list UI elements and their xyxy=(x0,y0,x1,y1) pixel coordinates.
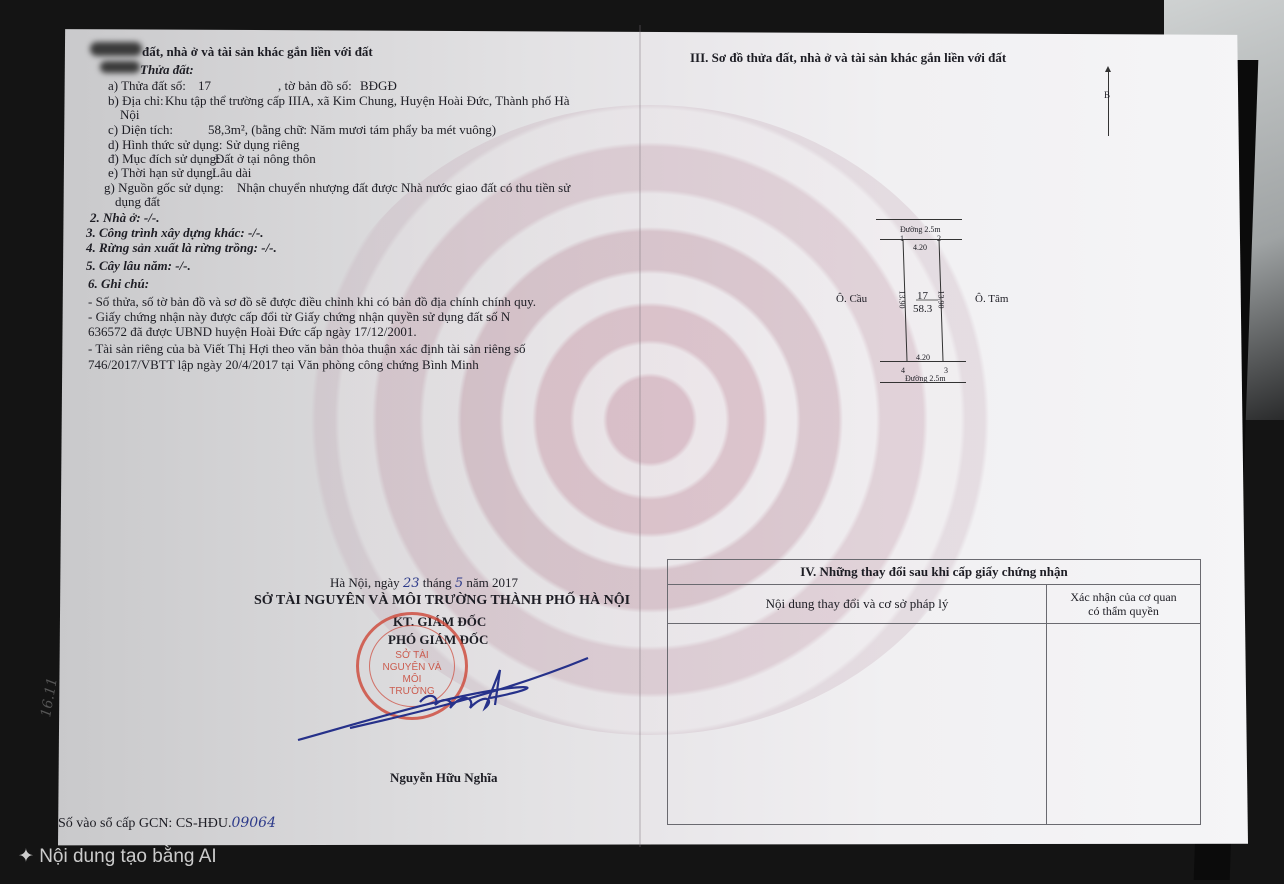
address-value-cont: Nội xyxy=(120,107,140,122)
item4-production-forest: 4. Rừng sản xuất là rừng trồng: -/-. xyxy=(86,240,277,255)
changes-table-title: IV. Những thay đổi sau khi cấp giấy chứn… xyxy=(668,560,1201,585)
changes-confirmation-cell xyxy=(1047,624,1201,825)
use-purpose-value: Đất ở tại nông thôn xyxy=(215,151,316,166)
date-prefix: Hà Nội, ngày xyxy=(330,575,400,590)
ai-content-text: Nội dung tạo bằng AI xyxy=(39,846,216,867)
parcel-area-label-diagram: 58.3 xyxy=(913,302,932,317)
item6-notes-title: 6. Ghi chú: xyxy=(88,276,149,291)
area-value: 58,3m², (bằng chữ: Năm mươi tám phẩy ba … xyxy=(208,122,496,137)
changes-table: IV. Những thay đổi sau khi cấp giấy chứn… xyxy=(667,559,1201,825)
ai-content-label: ✦ Nội dung tạo bằng AI xyxy=(18,845,217,868)
use-form-value: Sử dụng riêng xyxy=(226,137,300,152)
signer-name: Nguyễn Hữu Nghĩa xyxy=(390,770,498,785)
parcel-number-label: a) Thửa đất số: xyxy=(108,78,186,93)
north-label: B xyxy=(1104,88,1110,103)
neighbor-right: Ô. Tâm xyxy=(975,292,1008,307)
section-title: đất, nhà ở và tài sản khác gắn liền với … xyxy=(142,44,373,59)
use-form-label: d) Hình thức sử dụng: xyxy=(108,137,222,152)
use-term-value: Lâu dài xyxy=(212,165,251,180)
redacted-block xyxy=(90,42,142,56)
use-purpose-label: đ) Mục đích sử dụng: xyxy=(108,151,220,166)
note-line: 636572 đã được UBND huyện Hoài Đức cấp n… xyxy=(88,324,417,339)
north-arrowhead-icon xyxy=(1105,66,1111,72)
use-origin-label: g) Nguồn gốc sử dụng: xyxy=(104,180,224,195)
margin-handwritten-note: 16.11 xyxy=(39,676,61,718)
use-origin-value-cont: dụng đất xyxy=(115,194,160,209)
road-line xyxy=(876,219,962,220)
registry-label: Số vào sổ cấp GCN: CS-HĐU. xyxy=(58,816,231,831)
use-origin-value: Nhận chuyển nhượng đất được Nhà nước gia… xyxy=(237,180,570,195)
map-sheet-label: , tờ bản đồ số: xyxy=(278,78,352,93)
area-label: c) Diện tích: xyxy=(108,122,173,137)
col2-line1: Xác nhận của cơ quan xyxy=(1070,590,1176,604)
section3-title: III. Sơ đồ thửa đất, nhà ở và tài sản kh… xyxy=(690,50,1006,65)
road-top-label: Đường 2.5m xyxy=(900,222,941,237)
note-line: 746/2017/VBTT lập ngày 20/4/2017 tại Văn… xyxy=(88,357,479,372)
item3-other-works: 3. Công trình xây dựng khác: -/-. xyxy=(86,225,264,240)
date-month-label: tháng xyxy=(423,575,452,590)
road-bottom-label: Đường 2.5m xyxy=(905,371,946,386)
side-left: 13.90 xyxy=(895,291,910,309)
map-sheet-value: BĐGĐ xyxy=(360,78,397,93)
issuing-agency: SỞ TÀI NGUYÊN VÀ MÔI TRƯỜNG THÀNH PHỐ HÀ… xyxy=(254,593,630,608)
sparkle-icon: ✦ xyxy=(18,846,34,867)
item5-perennial-trees: 5. Cây lâu năm: -/-. xyxy=(86,258,191,273)
parcel-bottom-edge xyxy=(880,361,966,362)
col2-line2: có thẩm quyền xyxy=(1088,604,1159,618)
page-fold xyxy=(639,25,641,847)
neighbor-left: Ô. Cầu xyxy=(836,292,867,307)
note-line: - Giấy chứng nhận này được cấp đổi từ Gi… xyxy=(88,309,510,324)
use-term-label: e) Thời hạn sử dụng: xyxy=(108,165,216,180)
note-line: - Tài sản riêng của bà Viết Thị Hợi theo… xyxy=(88,341,526,356)
date-day: 23 xyxy=(403,576,420,591)
redacted-block xyxy=(100,61,140,73)
changes-content-cell xyxy=(668,624,1047,825)
item2-house: 2. Nhà ở: -/-. xyxy=(90,210,159,225)
changes-col-content: Nội dung thay đổi và cơ sở pháp lý xyxy=(668,585,1047,624)
width-bottom: 4.20 xyxy=(916,350,930,365)
signature xyxy=(290,650,600,745)
side-right: 13.90 xyxy=(934,291,949,309)
registry-value: 09064 xyxy=(231,815,276,831)
note-line: - Số thửa, số tờ bản đồ và sơ đồ sẽ được… xyxy=(88,294,536,309)
changes-col-confirmation: Xác nhận của cơ quan có thẩm quyền xyxy=(1047,585,1201,624)
parcel-number-value: 17 xyxy=(198,78,211,93)
registry-number: Số vào sổ cấp GCN: CS-HĐU.09064 xyxy=(58,816,276,831)
address-label: b) Địa chỉ: xyxy=(108,93,164,108)
date-year: năm 2017 xyxy=(466,575,518,590)
signing-place-date: Hà Nội, ngày 23 tháng 5 năm 2017 xyxy=(330,575,518,591)
item1-title: Thửa đất: xyxy=(140,62,194,77)
road-line xyxy=(880,382,966,383)
date-month: 5 xyxy=(455,576,463,591)
address-value: Khu tập thể trường cấp IIIA, xã Kim Chun… xyxy=(165,93,570,108)
